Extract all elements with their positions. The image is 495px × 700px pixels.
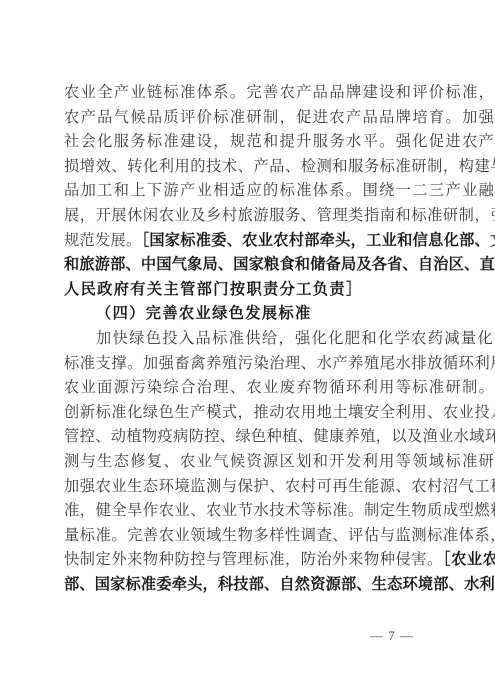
section-heading: （四）完善农业绿色发展标准 <box>64 301 432 326</box>
text-line: 农业全产业链标准体系。完善农产品品牌建设和评价标准，加快 <box>64 80 432 105</box>
text-segment: 标准支撑。加强畜禽养殖污染治理、水产养殖尾水排放循环利用、 <box>64 354 495 372</box>
text-line: 农业面源污染综合治理、农业废弃物循环利用等标准研制。集成 <box>64 375 432 400</box>
text-line: 损增效、转化利用的技术、产品、检测和服务标准研制，构建与农产 <box>64 154 432 179</box>
responsible-agencies: ［国家标准委、农业农村部牵头，工业和信息化部、文化 <box>141 231 495 249</box>
text-line: 社会化服务标准建设，规范和提升服务水平。强化促进农产品减 <box>64 129 432 154</box>
responsible-agencies: 部、国家标准委牵头，科技部、自然资源部、生态环境部、水利部、海 <box>64 575 495 593</box>
text-segment: 农业全产业链标准体系。完善农产品品牌建设和评价标准，加快 <box>64 83 495 101</box>
text-line: 快制定外来物种防控与管理标准，防治外来物种侵害。［农业农村 <box>64 547 432 572</box>
text-segment: 加强农业生态环境监测与保护、农村可再生能源、农村沼气工程标 <box>64 477 495 495</box>
text-segment: 农业面源污染综合治理、农业废弃物循环利用等标准研制。集成 <box>64 378 495 396</box>
responsible-agencies: ［农业农村 <box>443 550 495 568</box>
text-line: 量标准。完善农业领域生物多样性调查、评估与监测标准体系，加 <box>64 523 432 548</box>
text-segment: 农产品气候品质评价标准研制，促进农产品品牌培育。加强农业 <box>64 108 495 126</box>
text-line: 管控、动植物疫病防控、绿色种植、健康养殖，以及渔业水域环境监 <box>64 424 432 449</box>
text-segment: 准，健全旱作农业、农业节水技术等标准。制定生物质成型燃料质 <box>64 501 495 519</box>
text-line: 标准支撑。加强畜禽养殖污染治理、水产养殖尾水排放循环利用、 <box>64 351 432 376</box>
text-segment: 品加工和上下游产业相适应的标准体系。围绕一二三产业融合发 <box>64 181 495 199</box>
responsible-agencies: 人民政府有关主管部门按职责分工负责］ <box>64 280 363 298</box>
text-line: 创新标准化绿色生产模式，推动农用地土壤安全利用、农业投入品 <box>64 400 432 425</box>
responsible-agencies: 和旅游部、中国气象局、国家粮食和储备局及各省、自治区、直辖市 <box>64 255 495 273</box>
text-segment: 损增效、转化利用的技术、产品、检测和服务标准研制，构建与农产 <box>64 157 495 175</box>
text-line: 农产品气候品质评价标准研制，促进农产品品牌培育。加强农业 <box>64 105 432 130</box>
text-segment: 创新标准化绿色生产模式，推动农用地土壤安全利用、农业投入品 <box>64 403 495 421</box>
text-segment: 加快绿色投入品标准供给，强化化肥和化学农药减量化行动 <box>96 329 495 347</box>
page-number: — 7 — <box>370 628 414 644</box>
text-line: 准，健全旱作农业、农业节水技术等标准。制定生物质成型燃料质 <box>64 498 432 523</box>
text-segment: 测与生态修复、农业气候资源区划和开发利用等领域标准研制。 <box>64 452 495 470</box>
text-line: 展，开展休闲农业及乡村旅游服务、管理类指南和标准研制，引导 <box>64 203 432 228</box>
text-line: 加强农业生态环境监测与保护、农村可再生能源、农村沼气工程标 <box>64 474 432 499</box>
text-line: 和旅游部、中国气象局、国家粮食和储备局及各省、自治区、直辖市 <box>64 252 432 277</box>
text-line: 部、国家标准委牵头，科技部、自然资源部、生态环境部、水利部、海 <box>64 572 432 597</box>
text-segment: 社会化服务标准建设，规范和提升服务水平。强化促进农产品减 <box>64 132 495 150</box>
text-segment: 规范发展。 <box>64 231 141 249</box>
text-line: 品加工和上下游产业相适应的标准体系。围绕一二三产业融合发 <box>64 178 432 203</box>
text-segment: 展，开展休闲农业及乡村旅游服务、管理类指南和标准研制，引导 <box>64 206 495 224</box>
text-segment: 快制定外来物种防控与管理标准，防治外来物种侵害。 <box>64 550 443 568</box>
text-line: 人民政府有关主管部门按职责分工负责］ <box>64 277 432 302</box>
document-page: 农业全产业链标准体系。完善农产品品牌建设和评价标准，加快 农产品气候品质评价标准… <box>64 80 432 596</box>
text-segment: 管控、动植物疫病防控、绿色种植、健康养殖，以及渔业水域环境监 <box>64 427 495 445</box>
text-line: 测与生态修复、农业气候资源区划和开发利用等领域标准研制。 <box>64 449 432 474</box>
text-line: 加快绿色投入品标准供给，强化化肥和化学农药减量化行动 <box>64 326 432 351</box>
text-line: 规范发展。［国家标准委、农业农村部牵头，工业和信息化部、文化 <box>64 228 432 253</box>
text-segment: 量标准。完善农业领域生物多样性调查、评估与监测标准体系，加 <box>64 526 495 544</box>
